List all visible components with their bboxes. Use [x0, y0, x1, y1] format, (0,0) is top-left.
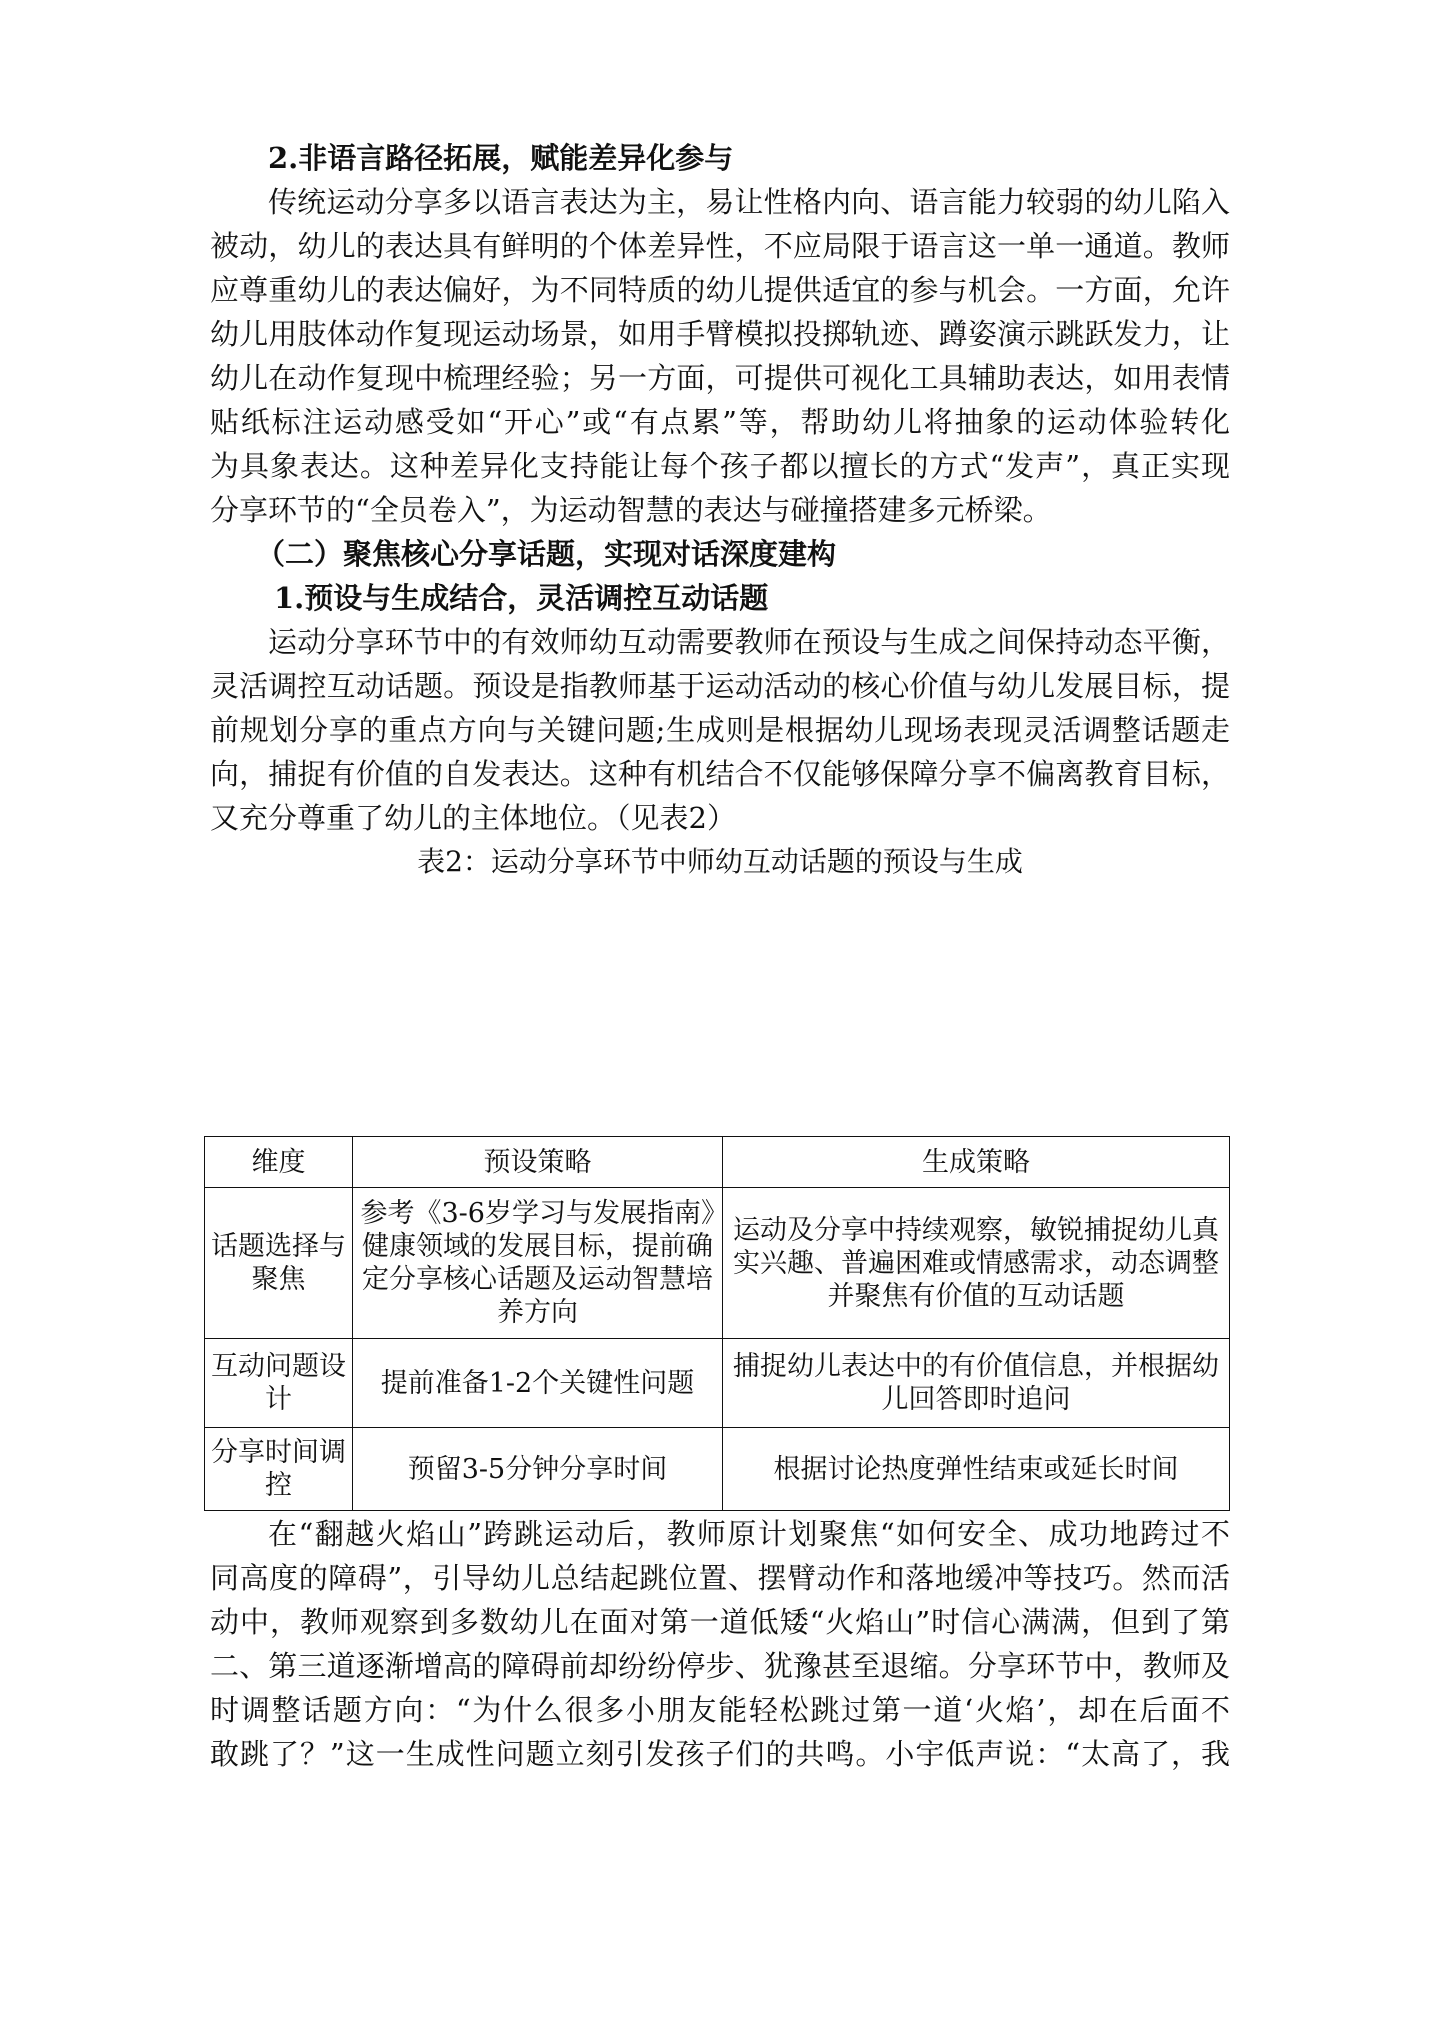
paragraph-line: 二、第三道逐渐增高的障碍前却纷纷停步、犹豫甚至退缩。分享环节中，教师及 [210, 1646, 1230, 1686]
header-generate-strategy: 生成策略 [723, 1137, 1230, 1188]
section-heading-preset-generate: 1.预设与生成结合，灵活调控互动话题 [210, 578, 1294, 618]
cell-generate: 根据讨论热度弹性结束或延长时间 [723, 1428, 1230, 1511]
cell-preset: 参考《3-6岁学习与发展指南》健康领域的发展目标，提前确定分享核心话题及运动智慧… [353, 1188, 723, 1339]
section-heading-nonverbal: 2.非语言路径拓展，赋能差异化参与 [210, 138, 1230, 178]
cell-generate: 运动及分享中持续观察，敏锐捕捉幼儿真实兴趣、普遍困难或情感需求，动态调整并聚焦有… [723, 1188, 1230, 1339]
paragraph-line: 传统运动分享多以语言表达为主，易让性格内向、语言能力较弱的幼儿陷入 [210, 182, 1230, 222]
cell-preset: 预留3-5分钟分享时间 [353, 1428, 723, 1511]
cell-dimension: 分享时间调控 [205, 1428, 353, 1511]
paragraph-line: 应尊重幼儿的表达偏好，为不同特质的幼儿提供适宜的参与机会。一方面，允许 [210, 270, 1230, 310]
paragraph-line: 灵活调控互动话题。预设是指教师基于运动活动的核心价值与幼儿发展目标，提 [210, 666, 1230, 706]
header-dimension: 维度 [205, 1137, 353, 1188]
paragraph-line: 向，捕捉有价值的自发表达。这种有机结合不仅能够保障分享不偏离教育目标， [210, 754, 1230, 794]
part-heading-focus-topics: （二）聚焦核心分享话题，实现对话深度建构 [210, 534, 1276, 574]
paragraph-line: 又充分尊重了幼儿的主体地位。（见表2） [210, 798, 1230, 838]
paragraph-line: 贴纸标注运动感受如“开心”或“有点累”等，帮助幼儿将抽象的运动体验转化 [210, 402, 1230, 442]
cell-dimension: 互动问题设计 [205, 1339, 353, 1428]
table-row: 话题选择与聚焦 参考《3-6岁学习与发展指南》健康领域的发展目标，提前确定分享核… [205, 1188, 1230, 1339]
table-row: 分享时间调控 预留3-5分钟分享时间 根据讨论热度弹性结束或延长时间 [205, 1428, 1230, 1511]
cell-generate: 捕捉幼儿表达中的有价值信息，并根据幼儿回答即时追问 [723, 1339, 1230, 1428]
paragraph-line: 同高度的障碍”，引导幼儿总结起跳位置、摆臂动作和落地缓冲等技巧。然而活 [210, 1558, 1230, 1598]
paragraph-line: 动中，教师观察到多数幼儿在面对第一道低矮“火焰山”时信心满满，但到了第 [210, 1602, 1230, 1642]
paragraph-line: 幼儿用肢体动作复现运动场景，如用手臂模拟投掷轨迹、蹲姿演示跳跃发力，让 [210, 314, 1230, 354]
cell-dimension: 话题选择与聚焦 [205, 1188, 353, 1339]
paragraph-line: 在“翻越火焰山”跨跳运动后，教师原计划聚焦“如何安全、成功地跨过不 [210, 1514, 1230, 1554]
paragraph-line: 为具象表达。这种差异化支持能让每个孩子都以擅长的方式“发声”，真正实现 [210, 446, 1230, 486]
table-row: 互动问题设计 提前准备1-2个关键性问题 捕捉幼儿表达中的有价值信息，并根据幼儿… [205, 1339, 1230, 1428]
paragraph-line: 分享环节的“全员卷入”，为运动智慧的表达与碰撞搭建多元桥梁。 [210, 490, 1230, 530]
paragraph-line: 时调整话题方向：“为什么很多小朋友能轻松跳过第一道‘火焰’，却在后面不 [210, 1690, 1230, 1730]
paragraph-line: 幼儿在动作复现中梳理经验；另一方面，可提供可视化工具辅助表达，如用表情 [210, 358, 1230, 398]
table-caption: 表2：运动分享环节中师幼互动话题的预设与生成 [210, 842, 1230, 882]
strategy-table: 维度 预设策略 生成策略 话题选择与聚焦 参考《3-6岁学习与发展指南》健康领域… [204, 1136, 1230, 1511]
paragraph-line: 运动分享环节中的有效师幼互动需要教师在预设与生成之间保持动态平衡， [210, 622, 1230, 662]
cell-preset: 提前准备1-2个关键性问题 [353, 1339, 723, 1428]
table-header-row: 维度 预设策略 生成策略 [205, 1137, 1230, 1188]
paragraph-line: 敢跳了？”这一生成性问题立刻引发孩子们的共鸣。小宇低声说：“太高了，我 [210, 1734, 1230, 1774]
paragraph-line: 前规划分享的重点方向与关键问题;生成则是根据幼儿现场表现灵活调整话题走 [210, 710, 1230, 750]
header-preset-strategy: 预设策略 [353, 1137, 723, 1188]
paragraph-line: 被动，幼儿的表达具有鲜明的个体差异性，不应局限于语言这一单一通道。教师 [210, 226, 1230, 266]
